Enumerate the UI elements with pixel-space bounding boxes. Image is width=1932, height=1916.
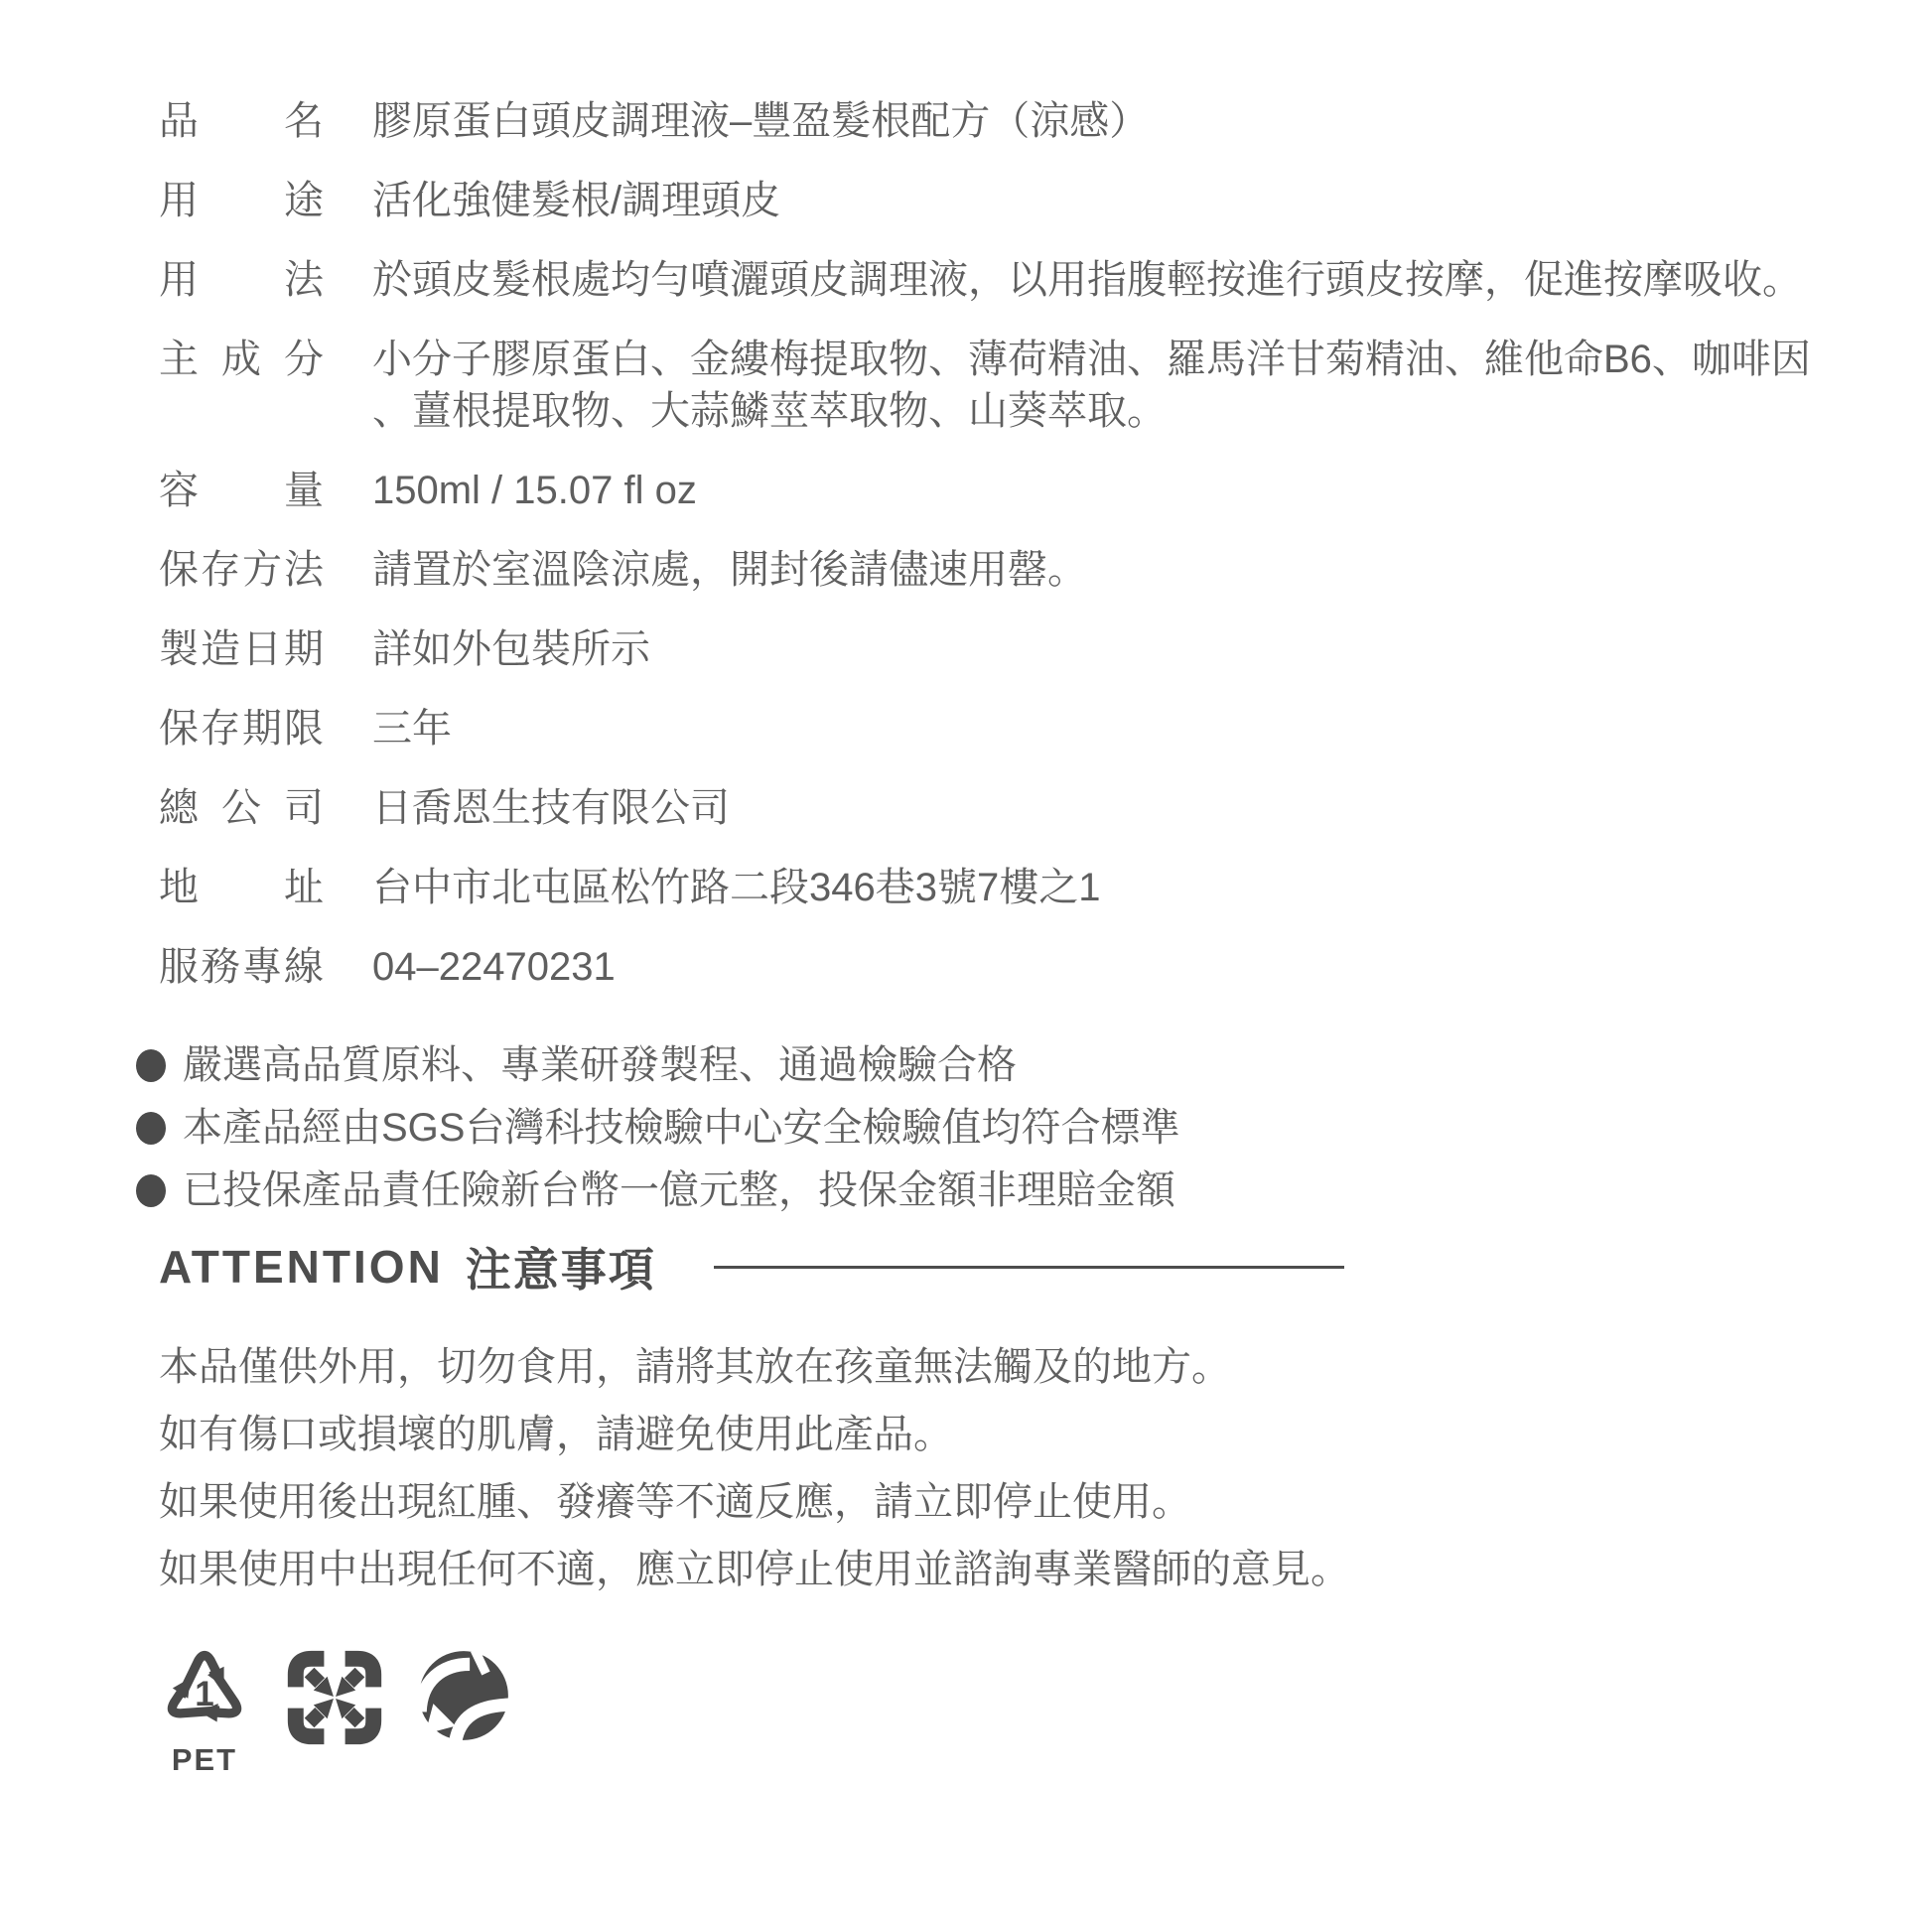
spec-row-storage: 保存方法 請置於室溫陰涼處，開封後請儘速用罄。 [159, 544, 1847, 596]
spec-value: 三年 [372, 703, 452, 754]
attention-heading-en: ATTENTION [159, 1240, 444, 1294]
recycling-icons-row: 1 PET [153, 1637, 1847, 1781]
spec-value: 台中市北屯區松竹路二段346巷3號7樓之1 [372, 862, 1100, 913]
caution-line: 如果使用後出現紅腫、發癢等不適反應，請立即停止使用。 [159, 1476, 1847, 1528]
bullet-dot-icon [136, 1174, 166, 1207]
bullet-dot-icon [136, 1112, 166, 1145]
spec-value: 活化強健髮根/調理頭皮 [372, 175, 780, 226]
spec-row-service-line: 服務專線 04–22470231 [159, 941, 1847, 993]
spec-row-product-name: 品名 膠原蛋白頭皮調理液–豐盈髮根配方（涼感） [159, 95, 1847, 147]
spec-label: 地址 [159, 862, 324, 913]
spec-row-purpose: 用途 活化強健髮根/調理頭皮 [159, 175, 1847, 226]
spec-label: 用法 [159, 254, 324, 306]
heading-rule-line [714, 1266, 1344, 1269]
spec-row-usage: 用法 於頭皮髮根處均勻噴灑頭皮調理液，以用指腹輕按進行頭皮按摩，促進按摩吸收。 [159, 254, 1847, 306]
spec-row-ingredients: 主成分 小分子膠原蛋白、金縷梅提取物、薄荷精油、羅馬洋甘菊精油、維他命B6、咖啡… [159, 334, 1847, 437]
claim-item: 已投保產品責任險新台幣一億元整，投保金額非理賠金額 [136, 1164, 1847, 1216]
spec-label: 服務專線 [159, 941, 324, 993]
pet-1-recycling-triangle-icon: 1 PET [153, 1637, 256, 1781]
attention-heading: ATTENTION 注意事項 [159, 1237, 1847, 1297]
spec-row-mfg-date: 製造日期 詳如外包裝所示 [159, 623, 1847, 675]
spec-value: 於頭皮髮根處均勻噴灑頭皮調理液，以用指腹輕按進行頭皮按摩，促進按摩吸收。 [372, 254, 1802, 306]
spec-label: 保存期限 [159, 703, 324, 754]
spec-label: 品名 [159, 95, 324, 147]
claim-item: 嚴選高品質原料、專業研發製程、通過檢驗合格 [136, 1039, 1847, 1091]
attention-heading-zh: 注意事項 [466, 1234, 656, 1300]
ingredients-line-2: 、薑根提取物、大蒜鱗莖萃取物、山葵萃取。 [372, 385, 1811, 437]
spec-value: 詳如外包裝所示 [372, 623, 650, 675]
spec-value: 150ml / 15.07 fl oz [372, 465, 697, 516]
pet-code-number: 1 [195, 1675, 213, 1713]
pet-label-text: PET [172, 1742, 237, 1776]
caution-line: 如有傷口或損壞的肌膚，請避免使用此產品。 [159, 1409, 1847, 1460]
caution-line: 本品僅供外用，切勿食用，請將其放在孩童無法觸及的地方。 [159, 1341, 1847, 1393]
spec-row-company: 總公司 日喬恩生技有限公司 [159, 782, 1847, 834]
spec-label: 製造日期 [159, 623, 324, 675]
caution-line: 如果使用中出現任何不適，應立即停止使用並諮詢專業醫師的意見。 [159, 1544, 1847, 1595]
claim-text: 本產品經由SGS台灣科技檢驗中心安全檢驗值均符合標準 [183, 1102, 1179, 1154]
product-label-page: 品名 膠原蛋白頭皮調理液–豐盈髮根配方（涼感） 用途 活化強健髮根/調理頭皮 用… [0, 0, 1932, 1916]
taiwan-recycling-icon [282, 1645, 387, 1755]
green-dot-recycling-icon [413, 1645, 514, 1751]
spec-label: 總公司 [159, 782, 324, 834]
spec-label: 用途 [159, 175, 324, 226]
spec-value: 日喬恩生技有限公司 [372, 782, 730, 834]
spec-value: 膠原蛋白頭皮調理液–豐盈髮根配方（涼感） [372, 95, 1149, 147]
ingredients-line-1: 小分子膠原蛋白、金縷梅提取物、薄荷精油、羅馬洋甘菊精油、維他命B6、咖啡因 [372, 334, 1811, 385]
bullet-dot-icon [136, 1049, 166, 1082]
claim-text: 嚴選高品質原料、專業研發製程、通過檢驗合格 [183, 1039, 1017, 1091]
spec-label: 主成分 [159, 334, 324, 437]
spec-row-address: 地址 台中市北屯區松竹路二段346巷3號7樓之1 [159, 862, 1847, 913]
spec-row-volume: 容量 150ml / 15.07 fl oz [159, 465, 1847, 516]
spec-value: 請置於室溫陰涼處，開封後請儘速用罄。 [372, 544, 1087, 596]
caution-paragraphs: 本品僅供外用，切勿食用，請將其放在孩童無法觸及的地方。 如有傷口或損壞的肌膚，請… [159, 1341, 1847, 1595]
spec-label: 容量 [159, 465, 324, 516]
claim-text: 已投保產品責任險新台幣一億元整，投保金額非理賠金額 [183, 1164, 1175, 1216]
spec-list: 品名 膠原蛋白頭皮調理液–豐盈髮根配方（涼感） 用途 活化強健髮根/調理頭皮 用… [159, 95, 1847, 993]
spec-value: 小分子膠原蛋白、金縷梅提取物、薄荷精油、羅馬洋甘菊精油、維他命B6、咖啡因 、薑… [372, 334, 1811, 437]
label-content: 品名 膠原蛋白頭皮調理液–豐盈髮根配方（涼感） 用途 活化強健髮根/調理頭皮 用… [159, 95, 1847, 1781]
spec-value: 04–22470231 [372, 941, 616, 993]
claim-item: 本產品經由SGS台灣科技檢驗中心安全檢驗值均符合標準 [136, 1102, 1847, 1154]
claims-list: 嚴選高品質原料、專業研發製程、通過檢驗合格 本產品經由SGS台灣科技檢驗中心安全… [136, 1039, 1847, 1216]
spec-label: 保存方法 [159, 544, 324, 596]
spec-row-shelf-life: 保存期限 三年 [159, 703, 1847, 754]
